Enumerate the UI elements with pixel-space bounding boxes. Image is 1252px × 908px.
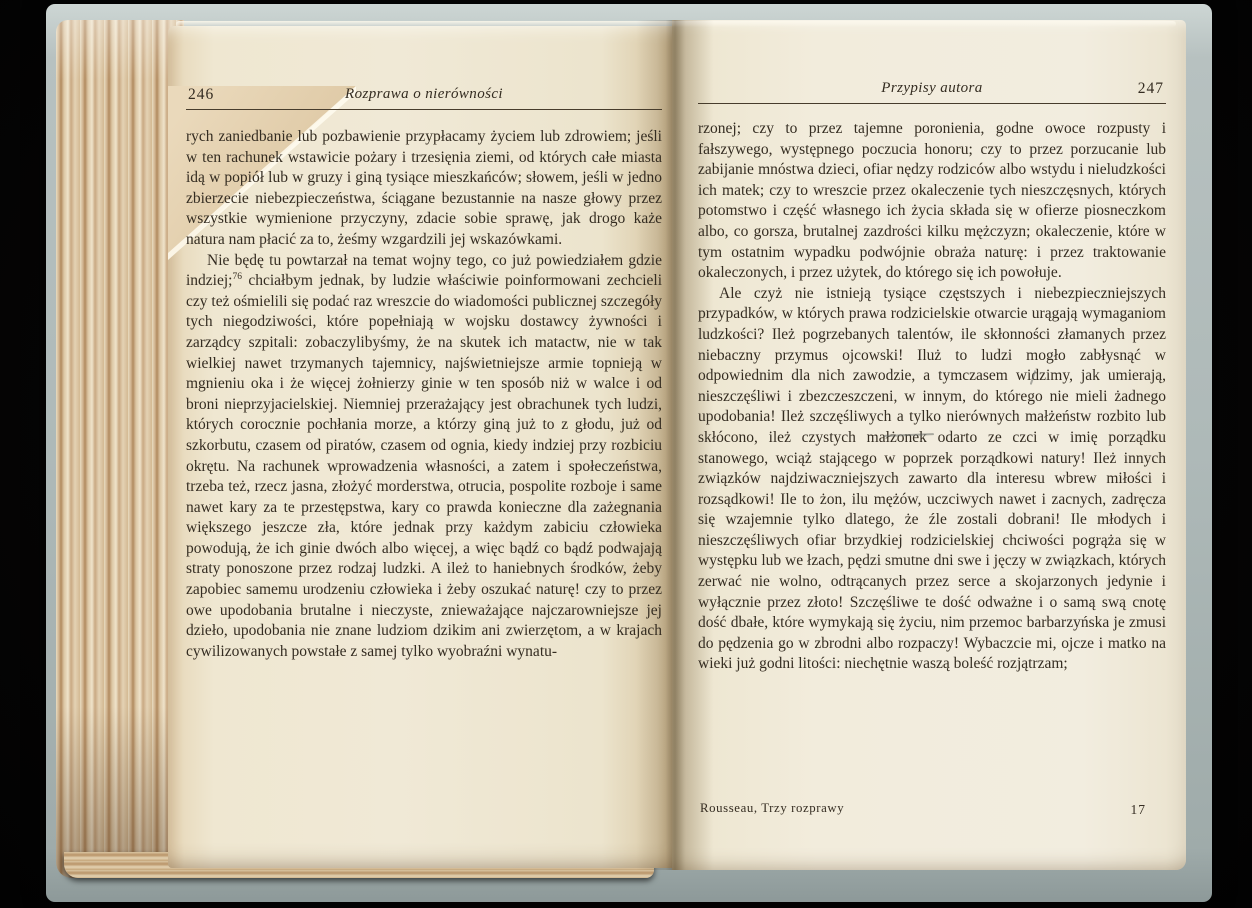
right-page-number: 247 (1138, 80, 1164, 98)
left-page-content: 246 Rozprawa o nierówności rych zaniedba… (186, 84, 662, 817)
right-page-footer: Rousseau, Trzy rozprawy 17 (698, 801, 1160, 821)
right-running-header: Przypisy autora 247 (698, 78, 1166, 102)
fanned-page-edges-left (56, 20, 184, 878)
body-paragraph: Ale czyż nie istnieją tysiące częstszych… (698, 284, 1166, 675)
right-body-text: rzonej; czy to przez tajemne poronienia,… (698, 119, 1166, 807)
sheet-number: 17 (1131, 802, 1147, 818)
left-running-title: Rozprawa o nierówności (186, 86, 662, 103)
book-photograph: 246 Rozprawa o nierówności rych zaniedba… (0, 0, 1252, 908)
book-signature: Rousseau, Trzy rozprawy (700, 801, 844, 816)
body-paragraph: rych zaniedbanie lub pozbawienie przypła… (186, 127, 662, 251)
body-paragraph: rzonej; czy to przez tajemne poronienia,… (698, 119, 1166, 284)
right-page-content: Przypisy autora 247 rzonej; czy to przez… (698, 78, 1166, 807)
right-header-rule (698, 103, 1166, 104)
body-paragraph: Nie będę tu powtarzał na temat wojny teg… (186, 251, 662, 663)
left-body-text: rych zaniedbanie lub pozbawienie przypła… (186, 127, 662, 817)
left-header-rule (186, 109, 662, 110)
left-running-header: 246 Rozprawa o nierówności (186, 84, 662, 108)
right-running-title: Przypisy autora (698, 80, 1166, 97)
